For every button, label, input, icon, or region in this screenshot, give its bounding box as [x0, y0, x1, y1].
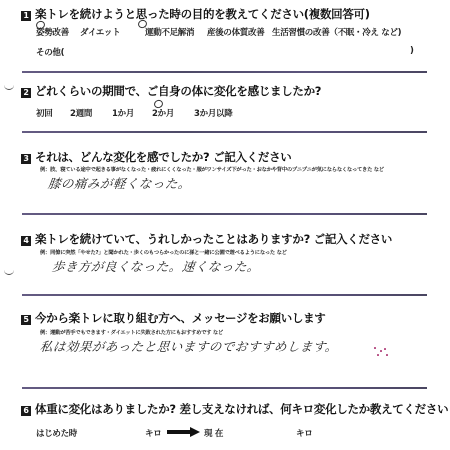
- option-1-month[interactable]: 1か月: [112, 107, 134, 119]
- current-weight-input[interactable]: [232, 424, 292, 438]
- question-number-badge: 2: [21, 88, 31, 98]
- start-weight-label: はじめた時: [36, 427, 77, 439]
- section-divider: [22, 213, 427, 215]
- other-input[interactable]: [56, 44, 406, 56]
- question-4-answer[interactable]: 歩き方が良くなった。速くなった。: [51, 257, 261, 275]
- question-3-answer[interactable]: 膝の痛みが軽くなった。: [47, 174, 192, 192]
- right-arrow-icon: [167, 428, 201, 436]
- question-number-badge: 5: [21, 315, 31, 325]
- question-number-badge: 1: [21, 11, 31, 21]
- question-3-example: 例：肢、寝ている途中で起きる事がなくなった・疲れにくくなった・服がワンサイズ下が…: [40, 165, 384, 173]
- other-close-paren: ): [410, 46, 414, 56]
- question-4-example: 例：同僚に突然「やせた?」と聞かれた・歩くのもつらかったのに孫と一緒に公園で遊べ…: [40, 248, 287, 256]
- check-tick-mark: [4, 84, 14, 90]
- option-lifestyle[interactable]: 生活習慣の改善（不眠・冷え など): [272, 26, 401, 38]
- question-4-title: 4楽トレを続けていて、うれしかったことはありますか? ご記入ください: [21, 232, 392, 246]
- section-divider: [22, 294, 427, 296]
- current-weight-label: 現 在: [204, 427, 223, 439]
- option-postpartum[interactable]: 産後の体質改善: [207, 26, 264, 38]
- question-1-title: 1楽トレを続けようと思った時の目的を教えてください(複数回答可): [21, 7, 370, 21]
- section-divider: [22, 387, 427, 389]
- start-weight-unit: キロ: [145, 427, 161, 439]
- option-diet[interactable]: ダイエット: [80, 26, 120, 38]
- question-5-answer[interactable]: 私は効果があったと思いますのでおすすめします。: [39, 337, 339, 355]
- question-number-badge: 6: [21, 406, 31, 416]
- section-divider: [22, 71, 427, 73]
- question-number-badge: 3: [21, 154, 31, 164]
- check-tick-mark: [4, 269, 14, 275]
- question-2-title: 2どれくらいの期間で、ご自身の体に変化を感じましたか?: [21, 84, 321, 98]
- question-5-example: 例：運動が苦手でもできます・ダイエットに失敗された方にもおすすめです など: [40, 328, 223, 336]
- start-weight-input[interactable]: [80, 424, 140, 438]
- option-3-months-plus[interactable]: 3か月以降: [194, 107, 232, 119]
- ink-smudge: [372, 345, 392, 357]
- option-posture[interactable]: 姿勢改善: [36, 26, 69, 38]
- option-2-weeks[interactable]: 2週間: [70, 107, 92, 119]
- option-first-time[interactable]: 初回: [36, 107, 52, 119]
- section-divider: [22, 131, 427, 133]
- question-number-badge: 4: [21, 236, 31, 246]
- option-exercise[interactable]: 運動不足解消: [145, 26, 194, 38]
- current-weight-unit: キロ: [296, 427, 312, 439]
- question-3-title: 3それは、どんな変化を感でしたか? ご記入ください: [21, 150, 291, 164]
- question-5-title: 5今から楽トレに取り組む方へ、メッセージをお願いします: [21, 311, 326, 325]
- question-6-title: 6体重に変化はありましたか? 差し支えなければ、何キロ変化したか教えてください: [21, 402, 448, 416]
- option-2-months[interactable]: 2か月: [152, 107, 174, 119]
